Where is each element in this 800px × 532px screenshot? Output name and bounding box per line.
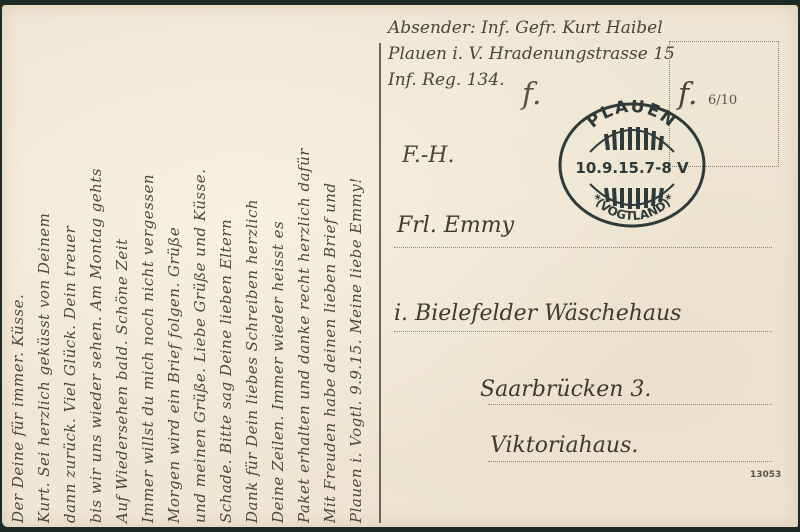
message-area: Der Deine für immer. Küsse. Kurt. Sei he…: [7, 13, 377, 528]
address-rule-3: [488, 404, 772, 406]
message-line: Deine Zeilen. Immer wieder heisst es: [269, 23, 287, 523]
catalog-number: 13053: [750, 470, 781, 480]
feldpost-mark: f.: [522, 77, 542, 112]
message-line: Mit Freuden habe deinen lieben Brief und: [321, 23, 339, 523]
message-line: und meinen Grüße. Liebe Grüße und Küsse.: [191, 23, 209, 523]
message-line: Paket erhalten und danke recht herzlich …: [295, 23, 313, 523]
message-line: dann zurück. Viel Glück. Dein treuer: [61, 23, 79, 523]
message-line: Plauen i. Vogtl. 9.9.15. Meine liebe Emm…: [347, 23, 365, 523]
address-rule-2: [394, 331, 772, 333]
address-line-3: Saarbrücken 3.: [480, 377, 651, 402]
postmark-stamp-icon: PLAUEN 10.9.15.7-8 V *(VOGTLAND)*: [556, 100, 708, 230]
message-line: Der Deine für immer. Küsse.: [9, 23, 27, 523]
message-line: Schade. Bitte sag Deine lieben Eltern: [217, 23, 235, 523]
address-line-4: Viktoriahaus.: [490, 433, 638, 458]
address-rule-4: [488, 461, 772, 463]
free-mark: F.-H.: [402, 143, 454, 168]
address-rule-1: [394, 247, 772, 249]
address-line-2: i. Bielefelder Wäschehaus: [394, 301, 681, 326]
message-line: Kurt. Sei herzlich geküsst von Deinem: [35, 23, 53, 523]
center-divider: [379, 43, 381, 523]
sender-line-2: Plauen i. V. Hradenungstrasse 15: [388, 41, 675, 67]
stamp-box-label: 6/10: [708, 93, 737, 108]
address-line-1: Frl. Emmy: [397, 213, 514, 238]
message-line: Immer willst du mich noch nicht vergesse…: [139, 23, 157, 523]
message-line: Morgen wird ein Brief folgen. Grüße: [165, 23, 183, 523]
message-line: Dank für Dein liebes Schreiben herzlich: [243, 23, 261, 523]
sender-line-1: Absender: Inf. Gefr. Kurt Haibel: [388, 15, 675, 41]
message-line: bis wir uns wieder sehen. Am Montag geht…: [87, 23, 105, 523]
postmark-date: 10.9.15.7-8 V: [575, 159, 689, 177]
message-line: Auf Wiedersehen bald. Schöne Zeit: [113, 23, 131, 523]
postcard: Der Deine für immer. Küsse. Kurt. Sei he…: [2, 5, 798, 527]
